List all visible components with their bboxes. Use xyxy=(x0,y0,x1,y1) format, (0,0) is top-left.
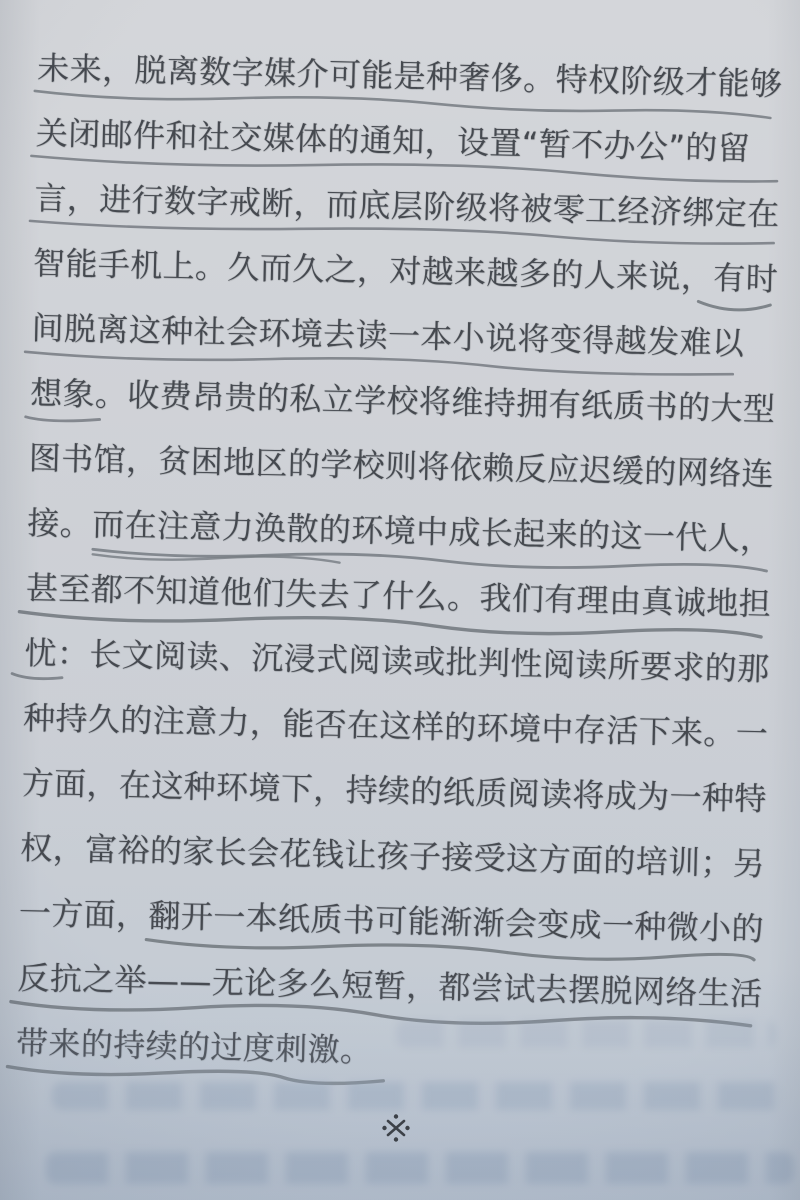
section-break: ※ xyxy=(378,1112,414,1148)
page-text-block: 未来，脱离数字媒介可能是种奢侈。特权阶级才能够 关闭邮件和社交媒体的通知，设置“… xyxy=(15,36,798,1092)
bleed-through-band xyxy=(46,1152,794,1184)
book-page-photo: 未来，脱离数字媒介可能是种奢侈。特权阶级才能够 关闭邮件和社交媒体的通知，设置“… xyxy=(0,0,800,1200)
reference-mark-icon xyxy=(381,1112,411,1144)
